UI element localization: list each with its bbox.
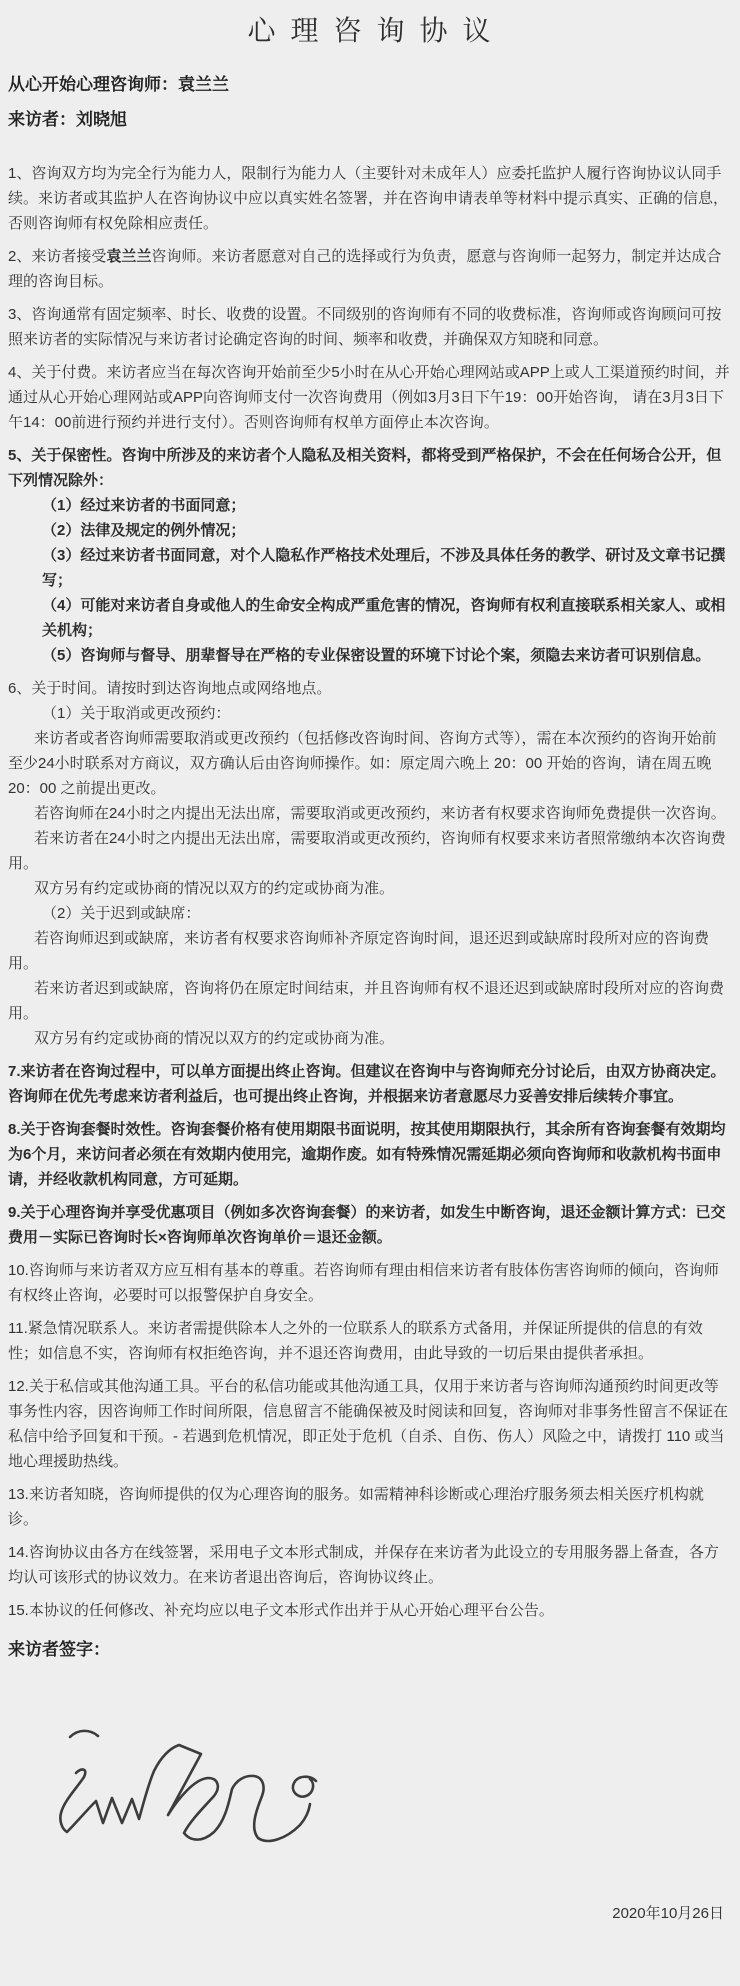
clause-2: 2、来访者接受袁兰兰咨询师。来访者愿意对自己的选择或行为负责，愿意与咨询师一起努… [8, 244, 730, 294]
clause-1: 1、咨询双方均为完全行为能力人，限制行为能力人（主要针对未成年人）应委托监护人履… [8, 161, 730, 236]
clause-4: 4、关于付费。来访者应当在每次咨询开始前至少5小时在从心开始心理网站或APP上或… [8, 360, 730, 435]
visitor-line: 来访者：刘晓旭 [8, 109, 730, 131]
handwritten-signature-icon [48, 1723, 348, 1863]
clause-5-item-2: （2）法律及规定的例外情况； [8, 518, 730, 543]
clause-5-item-5: （5）咨询师与督导、朋辈督导在严格的专业保密设置的环境下讨论个案，须隐去来访者可… [8, 643, 730, 668]
clause-6: 6、关于时间。请按时到达咨询地点或网络地点。 （1）关于取消或更改预约： 来访者… [8, 676, 730, 1051]
signature-label: 来访者签字： [8, 1639, 730, 1661]
clause-11: 11.紧急情况联系人。来访者需提供除本人之外的一位联系人的联系方式备用，并保证所… [8, 1316, 730, 1366]
clause-5-item-4: （4）可能对来访者自身或他人的生命安全构成严重危害的情况，咨询师有权利直接联系相… [8, 593, 730, 643]
visitor-name: 刘晓旭 [76, 110, 127, 129]
clause-13: 13.来访者知晓，咨询师提供的仅为心理咨询的服务。如需精神科诊断或心理治疗服务须… [8, 1482, 730, 1532]
clause-3: 3、咨询通常有固定频率、时长、收费的设置。不同级别的咨询师有不同的收费标准，咨询… [8, 302, 730, 352]
clause-5: 5、关于保密性。咨询中所涉及的来访者个人隐私及相关资料，都将受到严格保护，不会在… [8, 443, 730, 668]
clause-6-sub2-line-3: 双方另有约定或协商的情况以双方的约定或协商为准。 [8, 1026, 730, 1051]
clause-14: 14.咨询协议由各方在线签署，采用电子文本形式制成，并保存在来访者为此设立的专用… [8, 1540, 730, 1590]
clause-6-intro: 6、关于时间。请按时到达咨询地点或网络地点。 [8, 676, 730, 701]
page-title: 心理咨询协议 [8, 12, 730, 50]
counselor-label: 从心开始心理咨询师： [8, 75, 178, 94]
agreement-document: 心理咨询协议 从心开始心理咨询师：袁兰兰 来访者：刘晓旭 1、咨询双方均为完全行… [8, 12, 730, 1926]
clause-6-sub1-line-2: 若咨询师在24小时之内提出无法出席，需要取消或更改预约，来访者有权要求咨询师免费… [8, 801, 730, 826]
clause-7: 7.来访者在咨询过程中，可以单方面提出终止咨询。但建议在咨询中与咨询师充分讨论后… [8, 1059, 730, 1109]
clause-6-sub1-line-3: 若来访者在24小时之内提出无法出席，需要取消或更改预约，咨询师有权要求来访者照常… [8, 826, 730, 876]
clause-6-sub2-line-2: 若来访者迟到或缺席，咨询将仍在原定时间结束，并且咨询师有权不退还迟到或缺席时段所… [8, 976, 730, 1026]
visitor-label: 来访者： [8, 110, 76, 129]
clause-2-counselor-name: 袁兰兰 [106, 248, 151, 265]
clause-10: 10.咨询师与来访者双方应互相有基本的尊重。若咨询师有理由相信来访者有肢体伤害咨… [8, 1258, 730, 1308]
clause-9: 9.关于心理咨询并享受优惠项目（例如多次咨询套餐）的来访者，如发生中断咨询，退还… [8, 1200, 730, 1250]
clause-8: 8.关于咨询套餐时效性。咨询套餐价格有使用期限书面说明，按其使用期限执行，其余所… [8, 1117, 730, 1192]
clause-6-sub1-title: （1）关于取消或更改预约： [8, 701, 730, 726]
clause-6-sub2-line-1: 若咨询师迟到或缺席，来访者有权要求咨询师补齐原定咨询时间，退还迟到或缺席时段所对… [8, 926, 730, 976]
counselor-line: 从心开始心理咨询师：袁兰兰 [8, 74, 730, 96]
signature-area [48, 1723, 730, 1863]
agreement-date: 2020年10月26日 [8, 1901, 730, 1926]
clause-6-sub1-line-4: 双方另有约定或协商的情况以双方的约定或协商为准。 [8, 876, 730, 901]
clause-6-sub1-line-1: 来访者或者咨询师需要取消或更改预约（包括修改咨询时间、咨询方式等），需在本次预约… [8, 726, 730, 801]
clause-5-intro: 5、关于保密性。咨询中所涉及的来访者个人隐私及相关资料，都将受到严格保护，不会在… [8, 443, 730, 493]
counselor-name: 袁兰兰 [178, 75, 229, 94]
clause-2-prefix: 2、来访者接受 [8, 248, 106, 265]
clause-5-item-1: （1）经过来访者的书面同意； [8, 493, 730, 518]
clause-12: 12.关于私信或其他沟通工具。平台的私信功能或其他沟通工具，仅用于来访者与咨询师… [8, 1374, 730, 1474]
clause-15: 15.本协议的任何修改、补充均应以电子文本形式作出并于从心开始心理平台公告。 [8, 1598, 730, 1623]
agreement-page: { "colors": { "background": "#eeeeee", "… [0, 0, 740, 1986]
clause-6-sub2-title: （2）关于迟到或缺席： [8, 901, 730, 926]
clause-5-item-3: （3）经过来访者书面同意，对个人隐私作严格技术处理后，不涉及具体任务的教学、研讨… [8, 543, 730, 593]
